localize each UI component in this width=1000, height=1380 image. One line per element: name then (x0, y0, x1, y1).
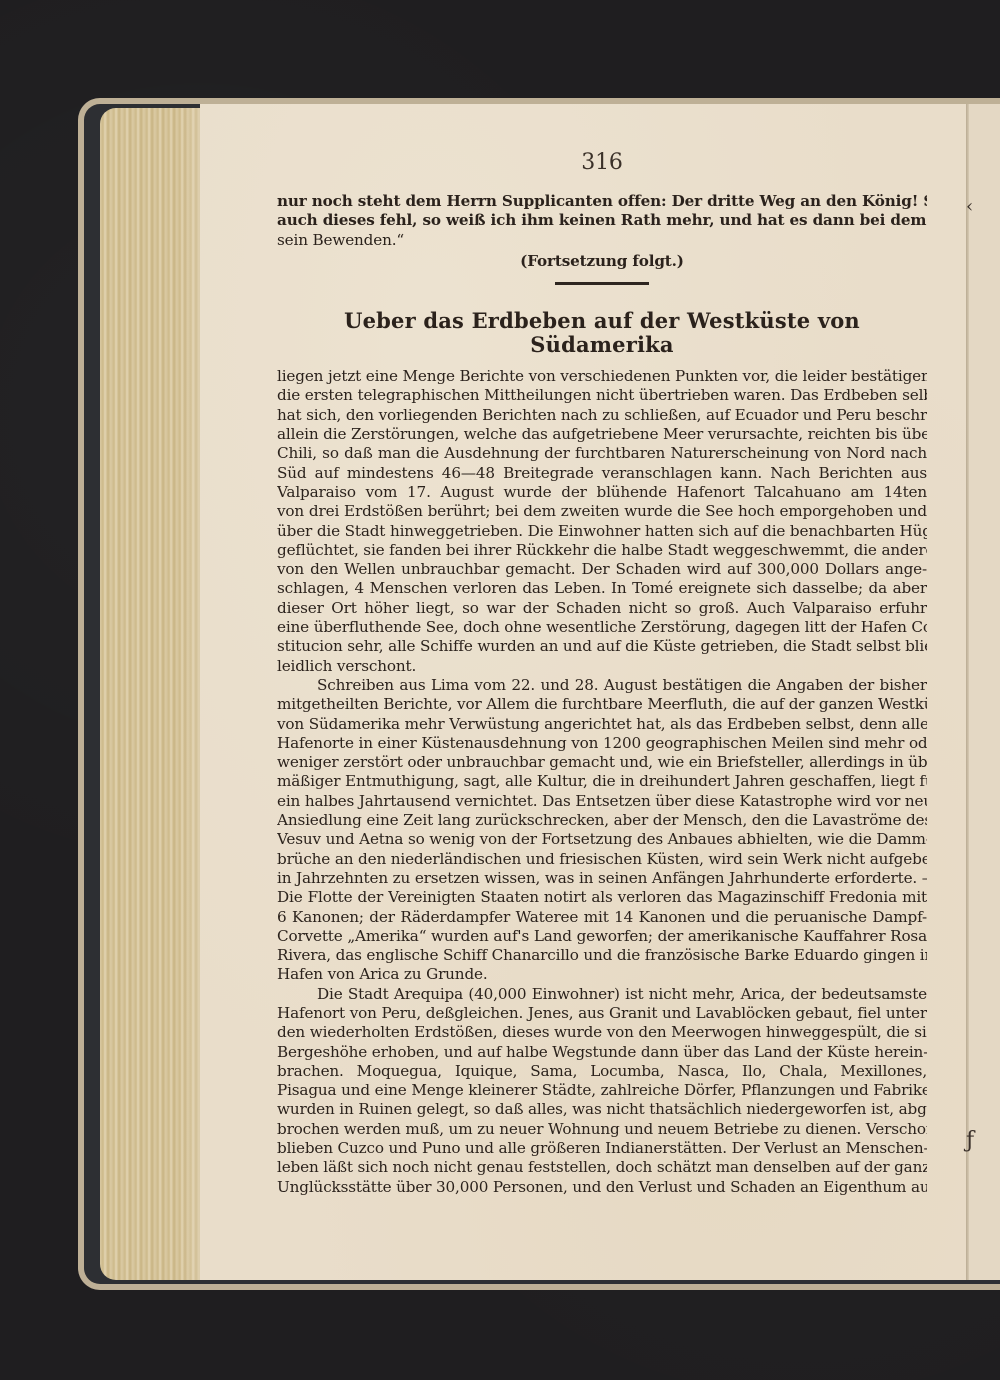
text-line: Corvette „Amerika“ wurden auf's Land gew… (277, 927, 927, 946)
text-line: brüche an den niederländischen und fries… (277, 850, 927, 869)
text-line: brachen. Moquegua, Iquique, Sama, Locumb… (277, 1062, 927, 1081)
text-line: Ansiedlung eine Zeit lang zurückschrecke… (277, 811, 927, 830)
text-line: Hafen von Arica zu Grunde. (277, 965, 927, 984)
text-line: Vesuv und Aetna so wenig von der Fortset… (277, 830, 927, 849)
text-line: sein Bewenden.“ (277, 231, 927, 250)
text-line: weniger zerstört oder unbrauchbar gemach… (277, 753, 927, 772)
text-line: Süd auf mindestens 46—48 Breitegrade ver… (277, 464, 927, 483)
text-line: Hafenorte in einer Küstenausdehnung von … (277, 734, 927, 753)
text-line: liegen jetzt eine Menge Berichte von ver… (277, 367, 927, 386)
gutter-ink-mark: ‹ (966, 196, 973, 217)
preceding-story-ending: nur noch steht dem Herrn Supplicanten of… (277, 192, 927, 250)
article-paragraph-1: liegen jetzt eine Menge Berichte von ver… (277, 367, 927, 676)
text-line: Bergeshöhe erhoben, und auf halbe Wegstu… (277, 1043, 927, 1062)
text-line: eine überfluthende See, doch ohne wesent… (277, 618, 927, 637)
text-line: Valparaiso vom 17. August wurde der blüh… (277, 483, 927, 502)
text-line: Die Flotte der Vereinigten Staaten notir… (277, 888, 927, 907)
text-line: von den Wellen unbrauchbar gemacht. Der … (277, 560, 927, 579)
text-line: Schreiben aus Lima vom 22. und 28. Augus… (277, 676, 927, 695)
text-line: allein die Zerstörungen, welche das aufg… (277, 425, 927, 444)
text-line: mitgetheilten Berichte, vor Allem die fu… (277, 695, 927, 714)
article-paragraph-2: Schreiben aus Lima vom 22. und 28. Augus… (277, 676, 927, 985)
text-line: leben läßt sich noch nicht genau festste… (277, 1158, 927, 1177)
text-line: über die Stadt hinweggetrieben. Die Einw… (277, 522, 927, 541)
text-line: dieser Ort höher liegt, so war der Schad… (277, 599, 927, 618)
text-line: Chili, so daß man die Ausdehnung der fur… (277, 444, 927, 463)
text-line: 6 Kanonen; der Räderdampfer Wateree mit … (277, 908, 927, 927)
text-line: in Jahrzehnten zu ersetzen wissen, was i… (277, 869, 927, 888)
text-line: ein halbes Jahrtausend vernichtet. Das E… (277, 792, 927, 811)
text-line: auch dieses fehl, so weiß ich ihm keinen… (277, 211, 927, 230)
text-line: hat sich, den vorliegenden Berichten nac… (277, 406, 927, 425)
text-line: Unglücksstätte über 30,000 Personen, und… (277, 1178, 927, 1197)
text-line: stitucion sehr, alle Schiffe wurden an u… (277, 637, 927, 656)
text-line: Rivera, das englische Schiff Chanarcillo… (277, 946, 927, 965)
text-line: Hafenort von Peru, deßgleichen. Jenes, a… (277, 1004, 927, 1023)
continued-note: (Fortsetzung folgt.) (277, 252, 927, 271)
page-text: 316 nur noch steht dem Herrn Supplicante… (277, 150, 927, 1197)
text-line: Die Stadt Arequipa (40,000 Einwohner) is… (277, 985, 927, 1004)
text-line: geflüchtet, sie fanden bei ihrer Rückkeh… (277, 541, 927, 560)
text-line: leidlich verschont. (277, 657, 927, 676)
text-line: von drei Erdstößen berührt; bei dem zwei… (277, 502, 927, 521)
article-paragraph-3: Die Stadt Arequipa (40,000 Einwohner) is… (277, 985, 927, 1197)
text-line: Pisagua und eine Menge kleinerer Städte,… (277, 1081, 927, 1100)
text-line: blieben Cuzco und Puno und alle größeren… (277, 1139, 927, 1158)
article-title: Ueber das Erdbeben auf der Westküste von… (277, 309, 927, 357)
text-line: brochen werden muß, um zu neuer Wohnung … (277, 1120, 927, 1139)
text-line: den wiederholten Erdstößen, dieses wurde… (277, 1023, 927, 1042)
facing-page-edge (969, 104, 1000, 1280)
text-line: schlagen, 4 Menschen verloren das Leben.… (277, 579, 927, 598)
text-line: die ersten telegraphischen Mittheilungen… (277, 386, 927, 405)
page-number: 316 (277, 150, 927, 176)
text-line: wurden in Ruinen gelegt, so daß alles, w… (277, 1100, 927, 1119)
gutter-ink-mark: ƒ (966, 1128, 974, 1153)
section-divider (555, 282, 649, 285)
text-line: mäßiger Entmuthigung, sagt, alle Kultur,… (277, 772, 927, 791)
text-line: nur noch steht dem Herrn Supplicanten of… (277, 192, 927, 211)
text-line: von Südamerika mehr Verwüstung angericht… (277, 715, 927, 734)
